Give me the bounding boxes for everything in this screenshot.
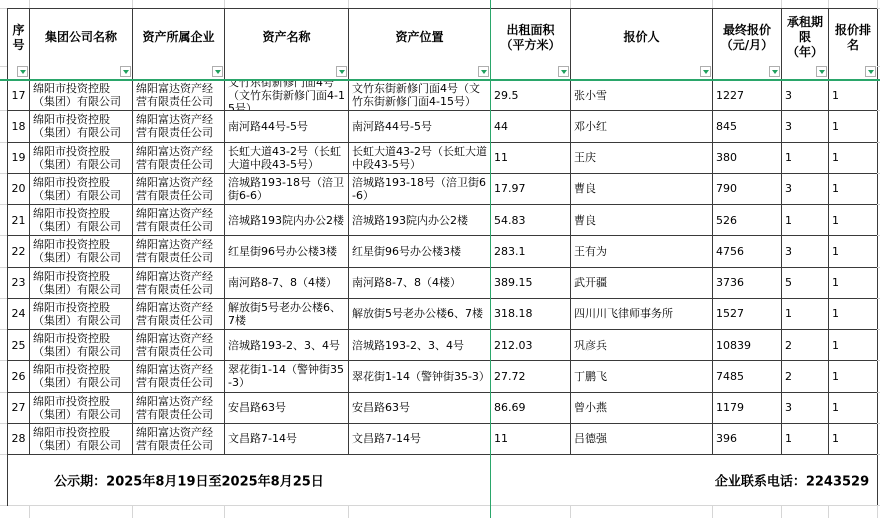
cell-enterprise[interactable]: 绵阳富达资产经营有限责任公司 [133, 424, 225, 455]
column-header-company[interactable]: 集团公司名称 [30, 9, 133, 80]
cell-asset-name[interactable]: 涪城路193院内办公2楼 [225, 205, 349, 236]
sheet-gridline [0, 360, 7, 361]
cell-term[interactable]: 1 [782, 143, 829, 174]
cell-company[interactable]: 绵阳市投资控股（集团）有限公司 [30, 424, 133, 455]
cell-enterprise[interactable]: 绵阳富达资产经营有限责任公司 [133, 361, 225, 392]
cell-rank[interactable]: 1 [829, 268, 878, 299]
filter-dropdown-icon [481, 70, 487, 74]
sheet-gridline [0, 204, 7, 205]
cell-price[interactable]: 396 [713, 424, 782, 455]
cell-asset-name[interactable]: 解放街5号老办公楼6、7楼 [225, 299, 349, 330]
column-header-area[interactable]: 出租面积 （平方米） [491, 9, 571, 80]
cell-serial[interactable]: 20 [8, 174, 30, 205]
results-table: 序号集团公司名称资产所属企业资产名称资产位置出租面积 （平方米）报价人最终报价 … [7, 8, 878, 506]
sheet-gridline [781, 0, 782, 8]
cell-term[interactable]: 3 [782, 111, 829, 142]
sheet-gridline [781, 505, 782, 518]
cell-rank[interactable]: 1 [829, 205, 878, 236]
sheet-gridline [348, 505, 349, 518]
cell-price[interactable]: 3736 [713, 268, 782, 299]
filter-dropdown-icon [215, 70, 221, 74]
cell-serial[interactable]: 19 [8, 143, 30, 174]
filter-dropdown-button[interactable] [816, 66, 827, 77]
cell-area[interactable]: 389.15 [491, 268, 571, 299]
sheet-gridline [0, 110, 7, 111]
cell-location[interactable]: 文竹东街新修门面4号（文竹东街新修门面4-15号） [349, 80, 491, 111]
cell-company[interactable]: 绵阳市投资控股（集团）有限公司 [30, 205, 133, 236]
sheet-gridline [29, 0, 30, 8]
cell-bidder[interactable]: 王有为 [571, 236, 713, 267]
cell-bidder[interactable]: 邓小红 [571, 111, 713, 142]
column-header-label: 序号 [8, 23, 29, 53]
cell-price[interactable]: 7485 [713, 361, 782, 392]
cell-rank[interactable]: 1 [829, 80, 878, 111]
cell-location[interactable]: 翠花街1-14（警钟街35-3） [349, 361, 491, 392]
sheet-gridline [828, 505, 829, 518]
cell-asset-name[interactable]: 南河路8-7、8（4楼） [225, 268, 349, 299]
cell-serial[interactable]: 25 [8, 330, 30, 361]
sheet-gridline [132, 505, 133, 518]
cell-term[interactable]: 5 [782, 268, 829, 299]
cell-area[interactable]: 11 [491, 424, 571, 455]
cell-rank[interactable]: 1 [829, 174, 878, 205]
contact-phone-text: 企业联系电话：2243529 [706, 471, 878, 490]
column-header-label: 集团公司名称 [45, 30, 117, 45]
column-header-label: 报价排 名 [835, 23, 871, 53]
cell-company[interactable]: 绵阳市投资控股（集团）有限公司 [30, 111, 133, 142]
cell-location[interactable]: 涪城路193-2、3、4号 [349, 330, 491, 361]
column-header-serial[interactable]: 序号 [8, 9, 30, 80]
cell-area[interactable]: 27.72 [491, 361, 571, 392]
cell-enterprise[interactable]: 绵阳富达资产经营有限责任公司 [133, 174, 225, 205]
sheet-gridline [348, 0, 349, 8]
sheet-gridline [877, 505, 878, 518]
cell-rank[interactable]: 1 [829, 111, 878, 142]
filter-dropdown-button[interactable] [769, 66, 780, 77]
cell-bidder[interactable]: 曾小燕 [571, 393, 713, 424]
cell-term[interactable]: 3 [782, 80, 829, 111]
column-header-rank[interactable]: 报价排 名 [829, 9, 878, 80]
table-footer-row[interactable]: 公示期：2025年8月19日至2025年8月25日企业联系电话：2243529 [8, 455, 878, 506]
sheet-gridline [0, 298, 7, 299]
column-header-label: 出租面积 （平方米） [500, 23, 560, 53]
cell-term[interactable]: 3 [782, 174, 829, 205]
cell-location[interactable]: 红星街96号办公楼3楼 [349, 236, 491, 267]
cell-serial[interactable]: 28 [8, 424, 30, 455]
cell-location[interactable]: 涪城路193院内办公2楼 [349, 205, 491, 236]
sheet-gridline [712, 505, 713, 518]
cell-enterprise[interactable]: 绵阳富达资产经营有限责任公司 [133, 111, 225, 142]
sheet-gridline [0, 173, 7, 174]
cell-location[interactable]: 文昌路7-14号 [349, 424, 491, 455]
cell-asset-name[interactable]: 长虹大道43-2号（长虹大道中段43-5号） [225, 143, 349, 174]
cell-area[interactable]: 44 [491, 111, 571, 142]
cell-serial[interactable]: 27 [8, 393, 30, 424]
cell-enterprise[interactable]: 绵阳富达资产经营有限责任公司 [133, 80, 225, 111]
sheet-gridline [0, 423, 7, 424]
cell-location[interactable]: 安昌路63号 [349, 393, 491, 424]
cell-term[interactable]: 2 [782, 330, 829, 361]
column-header-bidder[interactable]: 报价人 [571, 9, 713, 80]
cell-company[interactable]: 绵阳市投资控股（集团）有限公司 [30, 299, 133, 330]
cell-location[interactable]: 南河路8-7、8（4楼） [349, 268, 491, 299]
cell-bidder[interactable]: 张小雪 [571, 80, 713, 111]
cell-rank[interactable]: 1 [829, 143, 878, 174]
cell-bidder[interactable]: 曹良 [571, 205, 713, 236]
column-header-location[interactable]: 资产位置 [349, 9, 491, 80]
column-header-label: 报价人 [623, 30, 659, 45]
cell-rank[interactable]: 1 [829, 393, 878, 424]
cell-term[interactable]: 3 [782, 236, 829, 267]
filter-dropdown-icon [703, 70, 709, 74]
sheet-gridline [0, 142, 7, 143]
cell-price[interactable]: 1179 [713, 393, 782, 424]
filter-dropdown-icon [123, 70, 129, 74]
cell-location[interactable]: 南河路44号-5号 [349, 111, 491, 142]
cell-bidder[interactable]: 武开疆 [571, 268, 713, 299]
cell-asset-name[interactable]: 红星街96号办公楼3楼 [225, 236, 349, 267]
cell-serial[interactable]: 18 [8, 111, 30, 142]
cell-asset-name[interactable]: 文竹东街新修门面4号（文竹东街新修门面4-15号） [225, 80, 349, 111]
cell-company[interactable]: 绵阳市投资控股（集团）有限公司 [30, 143, 133, 174]
cell-area[interactable]: 29.5 [491, 80, 571, 111]
sheet-gridline [712, 0, 713, 8]
cell-bidder[interactable]: 巩彦兵 [571, 330, 713, 361]
cell-rank[interactable]: 1 [829, 236, 878, 267]
cell-rank[interactable]: 1 [829, 330, 878, 361]
cell-company[interactable]: 绵阳市投资控股（集团）有限公司 [30, 80, 133, 111]
column-header-label: 资产名称 [262, 30, 310, 45]
cell-asset-name[interactable]: 文昌路7-14号 [225, 424, 349, 455]
cell-area[interactable]: 17.97 [491, 174, 571, 205]
cell-rank[interactable]: 1 [829, 424, 878, 455]
filter-dropdown-icon [339, 70, 345, 74]
cell-term[interactable]: 3 [782, 393, 829, 424]
cell-area[interactable]: 283.1 [491, 236, 571, 267]
column-header-enterprise[interactable]: 资产所属企业 [133, 9, 225, 80]
cell-enterprise[interactable]: 绵阳富达资产经营有限责任公司 [133, 205, 225, 236]
sheet-gridline [877, 0, 878, 8]
cell-rank[interactable]: 1 [829, 299, 878, 330]
cell-price[interactable]: 4756 [713, 236, 782, 267]
cell-serial[interactable]: 23 [8, 268, 30, 299]
column-header-asset-name[interactable]: 资产名称 [225, 9, 349, 80]
sheet-gridline [0, 329, 7, 330]
cell-company[interactable]: 绵阳市投资控股（集团）有限公司 [30, 174, 133, 205]
cell-company[interactable]: 绵阳市投资控股（集团）有限公司 [30, 268, 133, 299]
column-header-label: 资产所属企业 [142, 30, 214, 45]
filter-dropdown-icon [561, 70, 567, 74]
publicity-period-text: 公示期：2025年8月19日至2025年8月25日 [30, 471, 348, 490]
sheet-gridline [570, 505, 571, 518]
cell-company[interactable]: 绵阳市投资控股（集团）有限公司 [30, 393, 133, 424]
spreadsheet-view: 序号集团公司名称资产所属企业资产名称资产位置出租面积 （平方米）报价人最终报价 … [0, 0, 880, 518]
cell-area[interactable]: 212.03 [491, 330, 571, 361]
cell-asset-name[interactable]: 涪城路193-18号（涪卫街6-6） [225, 174, 349, 205]
filter-dropdown-icon [20, 70, 26, 74]
cell-price[interactable]: 380 [713, 143, 782, 174]
cell-term[interactable]: 1 [782, 205, 829, 236]
freeze-pane-horizontal-line [0, 79, 880, 81]
cell-area[interactable]: 54.83 [491, 205, 571, 236]
sheet-gridline [0, 392, 7, 393]
cell-location[interactable]: 解放街5号老办公楼6、7楼 [349, 299, 491, 330]
filter-dropdown-button[interactable] [478, 66, 489, 77]
filter-dropdown-button[interactable] [17, 66, 28, 77]
column-header-price[interactable]: 最终报价 （元/月） [713, 9, 782, 80]
sheet-gridline [224, 0, 225, 8]
cell-term[interactable]: 1 [782, 299, 829, 330]
sheet-gridline [0, 8, 7, 9]
filter-dropdown-icon [819, 70, 825, 74]
cell-price[interactable]: 845 [713, 111, 782, 142]
cell-location[interactable]: 涪城路193-18号（涪卫街6-6） [349, 174, 491, 205]
cell-price[interactable]: 1527 [713, 299, 782, 330]
cell-area[interactable]: 86.69 [491, 393, 571, 424]
column-header-term[interactable]: 承租期 限 （年） [782, 9, 829, 80]
cell-company[interactable]: 绵阳市投资控股（集团）有限公司 [30, 361, 133, 392]
cell-bidder[interactable]: 丁鹏飞 [571, 361, 713, 392]
cell-serial[interactable]: 26 [8, 361, 30, 392]
cell-enterprise[interactable]: 绵阳富达资产经营有限责任公司 [133, 268, 225, 299]
sheet-gridline [224, 505, 225, 518]
cell-price[interactable]: 10839 [713, 330, 782, 361]
filter-dropdown-button[interactable] [865, 66, 876, 77]
cell-enterprise[interactable]: 绵阳富达资产经营有限责任公司 [133, 393, 225, 424]
sheet-gridline [132, 0, 133, 8]
sheet-gridline [29, 505, 30, 518]
cell-enterprise[interactable]: 绵阳富达资产经营有限责任公司 [133, 236, 225, 267]
cell-term[interactable]: 2 [782, 361, 829, 392]
cell-asset-name[interactable]: 安昌路63号 [225, 393, 349, 424]
cell-bidder[interactable]: 吕德强 [571, 424, 713, 455]
cell-enterprise[interactable]: 绵阳富达资产经营有限责任公司 [133, 299, 225, 330]
cell-price[interactable]: 790 [713, 174, 782, 205]
filter-dropdown-icon [868, 70, 874, 74]
sheet-gridline [570, 0, 571, 8]
cell-enterprise[interactable]: 绵阳富达资产经营有限责任公司 [133, 330, 225, 361]
cell-enterprise[interactable]: 绵阳富达资产经营有限责任公司 [133, 143, 225, 174]
cell-area[interactable]: 318.18 [491, 299, 571, 330]
cell-bidder[interactable]: 四川川飞律师事务所 [571, 299, 713, 330]
cell-term[interactable]: 1 [782, 424, 829, 455]
cell-company[interactable]: 绵阳市投资控股（集团）有限公司 [30, 330, 133, 361]
filter-dropdown-icon [772, 70, 778, 74]
filter-dropdown-button[interactable] [700, 66, 711, 77]
cell-price[interactable]: 526 [713, 205, 782, 236]
sheet-gridline [0, 454, 7, 455]
sheet-gridline [828, 0, 829, 8]
cell-serial[interactable]: 22 [8, 236, 30, 267]
filter-dropdown-button[interactable] [120, 66, 131, 77]
cell-area[interactable]: 11 [491, 143, 571, 174]
cell-price[interactable]: 1227 [713, 80, 782, 111]
cell-company[interactable]: 绵阳市投资控股（集团）有限公司 [30, 236, 133, 267]
cell-serial[interactable]: 24 [8, 299, 30, 330]
cell-bidder[interactable]: 王庆 [571, 143, 713, 174]
filter-dropdown-button[interactable] [336, 66, 347, 77]
column-header-label: 资产位置 [395, 30, 443, 45]
cell-asset-name[interactable]: 涪城路193-2、3、4号 [225, 330, 349, 361]
filter-dropdown-button[interactable] [558, 66, 569, 77]
cell-bidder[interactable]: 曹良 [571, 174, 713, 205]
cell-serial[interactable]: 21 [8, 205, 30, 236]
sheet-gridline [0, 505, 7, 506]
cell-rank[interactable]: 1 [829, 361, 878, 392]
sheet-gridline [0, 235, 7, 236]
sheet-gridline [0, 267, 7, 268]
column-header-label: 最终报价 （元/月） [721, 23, 773, 53]
column-header-label: 承租期 限 （年） [787, 15, 823, 60]
cell-asset-name[interactable]: 翠花街1-14（警钟街35-3） [225, 361, 349, 392]
cell-location[interactable]: 长虹大道43-2号（长虹大道中段43-5号） [349, 143, 491, 174]
cell-asset-name[interactable]: 南河路44号-5号 [225, 111, 349, 142]
cell-serial[interactable]: 17 [8, 80, 30, 111]
freeze-pane-vertical-line [490, 0, 492, 518]
sheet-gridline [0, 66, 7, 67]
filter-dropdown-button[interactable] [212, 66, 223, 77]
